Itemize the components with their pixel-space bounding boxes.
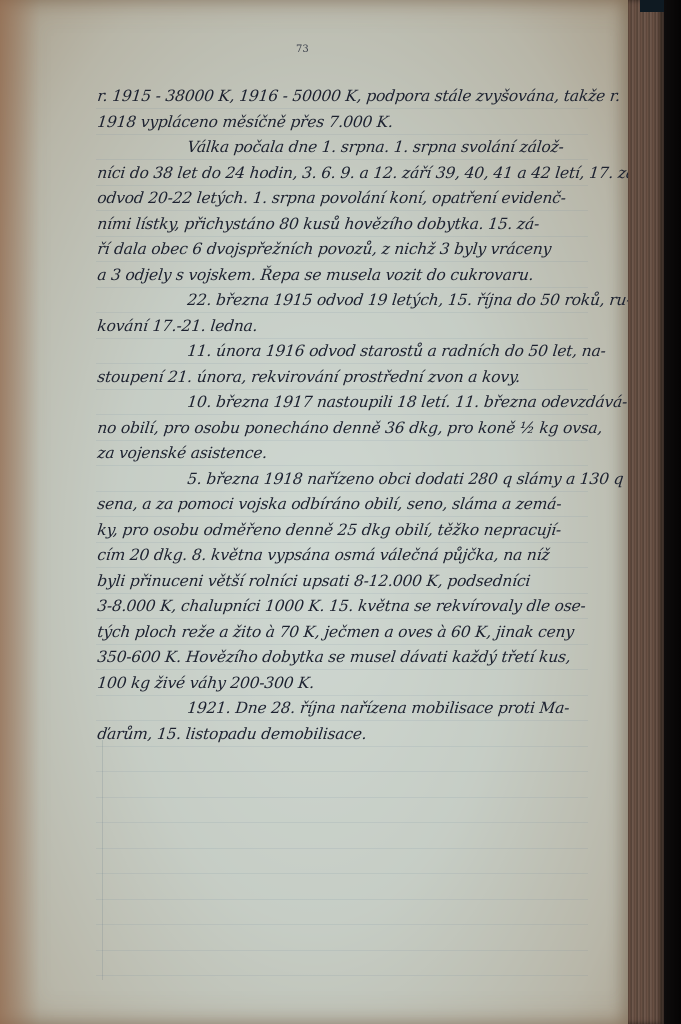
text-line: 350-600 K. Hovězího dobytka se musel dáv… — [96, 645, 639, 671]
text-line: 100 kg živé váhy 200-300 K. — [96, 671, 639, 697]
text-line: Válka počala dne 1. srpna. 1. srpna svol… — [96, 135, 639, 161]
book-cover — [664, 0, 681, 1024]
text-line: stoupení 21. února, rekvirování prostřed… — [96, 365, 639, 391]
text-line: odvod 20-22 letých. 1. srpna povolání ko… — [96, 186, 639, 212]
ruled-line — [96, 924, 588, 925]
page-number: 73 — [296, 44, 309, 55]
text-line: 1918 vypláceno měsíčně přes 7.000 K. — [96, 110, 639, 136]
text-line: ky, pro osobu odměřeno denně 25 dkg obil… — [96, 518, 639, 544]
text-line: 10. března 1917 nastoupili 18 letí. 11. … — [96, 390, 639, 416]
text-line: 5. března 1918 nařízeno obci dodati 280 … — [96, 467, 639, 493]
text-line: a 3 odjely s vojskem. Řepa se musela voz… — [96, 263, 639, 289]
text-line: níci do 38 let do 24 hodin, 3. 6. 9. a 1… — [96, 161, 639, 187]
text-line: ří dala obec 6 dvojspřežních povozů, z n… — [96, 237, 639, 263]
text-line: ními lístky, přichystáno 80 kusů hovězíh… — [96, 212, 639, 238]
text-line: cím 20 dkg. 8. května vypsána osmá váleč… — [96, 543, 639, 569]
ruled-line — [96, 975, 588, 976]
ruled-line — [96, 950, 588, 951]
text-line: no obilí, pro osobu ponecháno denně 36 d… — [96, 416, 639, 442]
text-line: byli přinuceni větší rolníci upsati 8-12… — [96, 569, 639, 595]
margin-line — [102, 740, 103, 980]
ruled-line — [96, 899, 588, 900]
ruled-line — [96, 822, 588, 823]
text-line: 1921. Dne 28. října nařízena mobilisace … — [96, 696, 639, 722]
manuscript-page: 73 r. 1915 - 38000 K, 1916 - 50000 K, po… — [0, 0, 628, 1024]
text-line: ďarům, 15. listopadu demobilisace. — [96, 722, 639, 748]
ruled-line — [96, 848, 588, 849]
text-line: sena, a za pomoci vojska odbíráno obilí,… — [96, 492, 639, 518]
text-line: 3-8.000 K, chalupníci 1000 K. 15. května… — [96, 594, 639, 620]
handwritten-text: r. 1915 - 38000 K, 1916 - 50000 K, podpo… — [96, 84, 636, 747]
text-line: r. 1915 - 38000 K, 1916 - 50000 K, podpo… — [96, 84, 639, 110]
ruled-line — [96, 771, 588, 772]
text-line: za vojenské asistence. — [96, 441, 639, 467]
text-line: kování 17.-21. ledna. — [96, 314, 639, 340]
book-page-edges — [628, 0, 664, 1024]
text-line: 22. března 1915 odvod 19 letých, 15. říj… — [96, 288, 639, 314]
ruled-line — [96, 797, 588, 798]
ruled-line — [96, 873, 588, 874]
text-line: tých ploch reže a žito à 70 K, ječmen a … — [96, 620, 639, 646]
text-line: 11. února 1916 odvod starostů a radních … — [96, 339, 639, 365]
